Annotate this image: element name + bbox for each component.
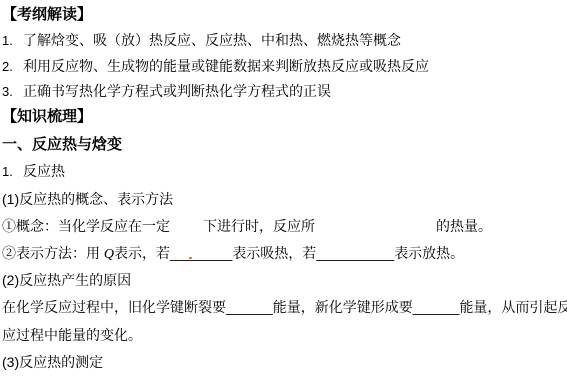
blank-underline-3: ______: [226, 299, 273, 315]
representation-line: ②表示方法：用 Q表示，若________表示吸热，若__________表示放…: [2, 245, 464, 263]
cause-line-2: 应过程中能量的变化。: [2, 327, 142, 344]
exam-outline-header: 【考纲解读】: [2, 6, 92, 23]
document-page: 【考纲解读】 1.了解焓变、吸（放）热反应、反应热、中和热、燃烧热等概念 2.利…: [0, 0, 567, 381]
point-3-title: (3)反应热的测定: [2, 354, 103, 371]
point-1-title: (1)反应热的概念、表示方法: [2, 191, 173, 208]
section-title-reaction-heat: 一、反应热与焓变: [2, 136, 122, 153]
blank-underline-2: __________: [316, 245, 394, 261]
outline-item-3-number: 3.: [2, 83, 23, 100]
outline-item-3-text: 正确书写热化学方程式或判断热化学方程式的正误: [23, 83, 331, 99]
cause-line-1: 在化学反应过程中，旧化学键断裂要______能量，新化学键形成要______能量…: [2, 299, 567, 316]
blank-underline-1: ________: [170, 245, 232, 261]
knowledge-review-header: 【知识梳理】: [2, 108, 92, 125]
cause-post: 能量，从而引起反: [459, 299, 567, 315]
subsection-number: 1.: [2, 163, 23, 180]
blank-underline-4: ______: [413, 299, 460, 315]
cause-pre: 在化学反应过程中，旧化学键断裂要: [2, 299, 226, 315]
outline-item-1: 1.了解焓变、吸（放）热反应、反应热、中和热、燃烧热等概念: [2, 32, 401, 49]
q-symbol: Q: [104, 247, 114, 262]
outline-item-2-number: 2.: [2, 58, 23, 75]
outline-item-2: 2.利用反应物、生成物的能量或键能数据来判断放热反应或吸热反应: [2, 58, 429, 75]
concept-mid: 下进行时，反应所: [203, 218, 315, 234]
representation-pre: ②表示方法：用: [2, 245, 104, 261]
representation-mid: 表示吸热，若: [232, 245, 316, 261]
outline-item-1-number: 1.: [2, 32, 23, 49]
concept-post: 的热量。: [436, 218, 492, 234]
outline-item-1-text: 了解焓变、吸（放）热反应、反应热、中和热、燃烧热等概念: [23, 32, 401, 48]
representation-post: 表示放热。: [394, 245, 464, 261]
point-2-title: (2)反应热产生的原因: [2, 272, 131, 289]
outline-item-3: 3.正确书写热化学方程式或判断热化学方程式的正误: [2, 83, 331, 100]
outline-item-2-text: 利用反应物、生成物的能量或键能数据来判断放热反应或吸热反应: [23, 58, 429, 74]
concept-line: ①概念：当化学反应在一定下进行时，反应所的热量。: [2, 218, 492, 235]
representation-after-q: 表示，若: [114, 245, 170, 261]
subsection-text: 反应热: [23, 163, 65, 179]
concept-pre: ①概念：当化学反应在一定: [2, 218, 170, 234]
cause-mid: 能量，新化学键形成要: [273, 299, 413, 315]
subsection-reaction-heat: 1.反应热: [2, 163, 65, 180]
underline-artifact-dot: [189, 257, 192, 259]
